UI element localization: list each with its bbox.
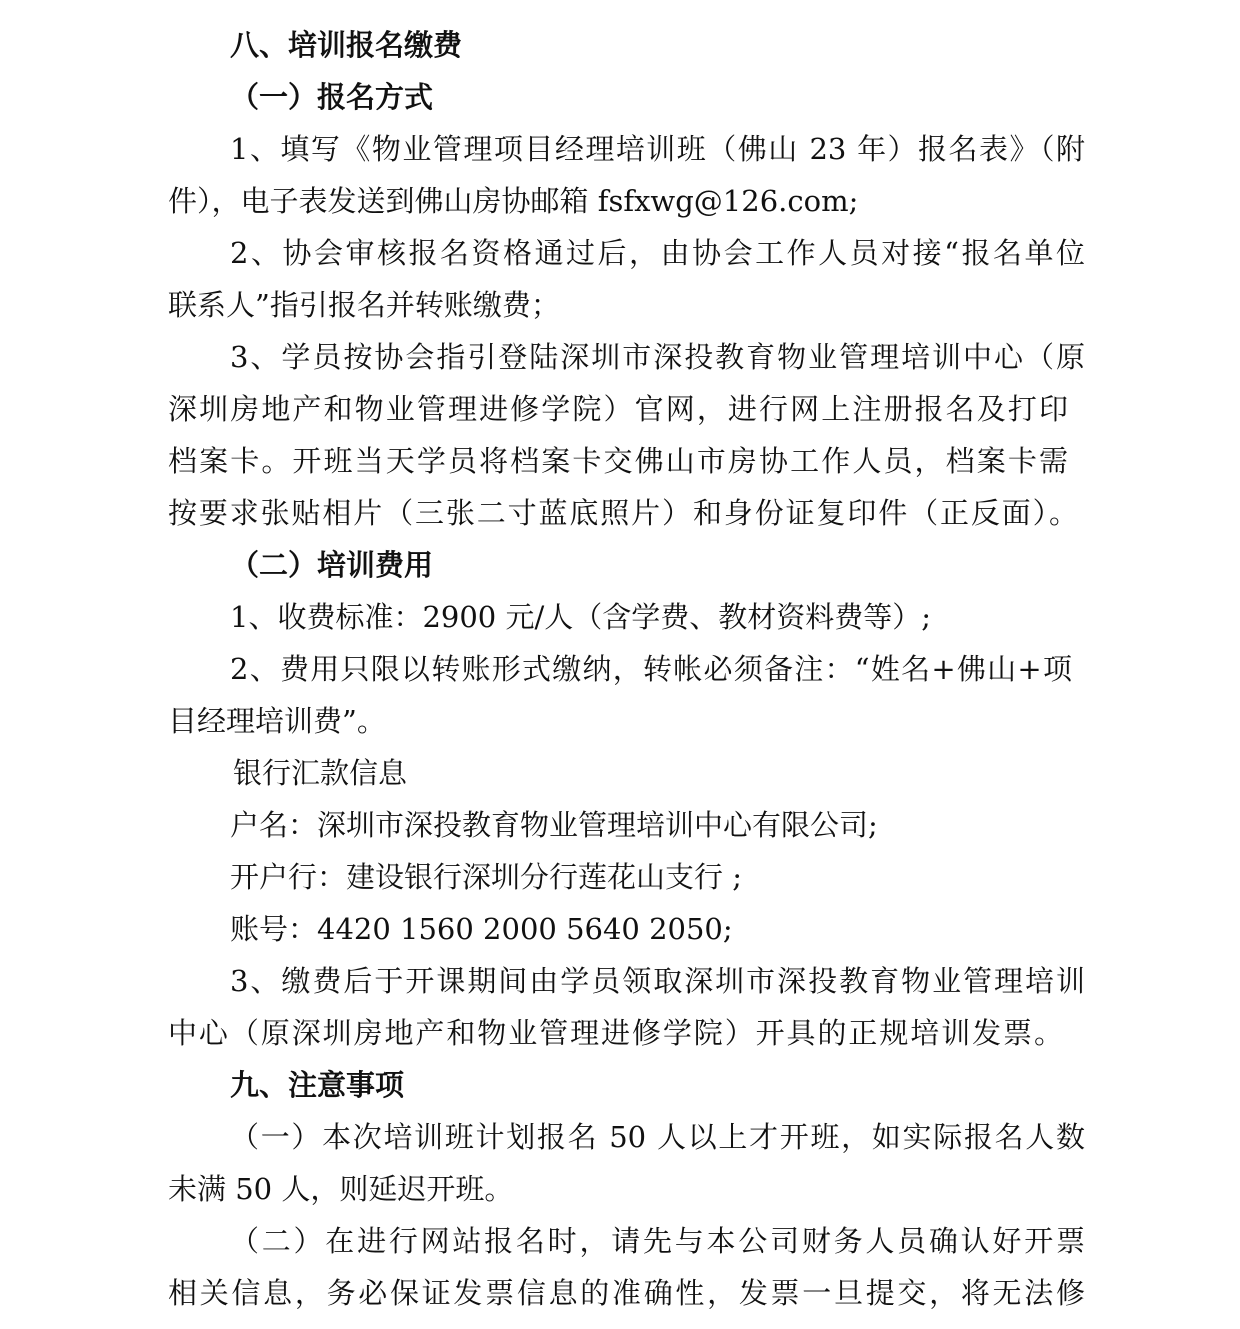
subheading-training-fees: （二）培训费用 (230, 545, 433, 585)
paragraph-line: 深圳房地产和物业管理进修学院）官网，进行网上注册报名及打印 (168, 389, 1068, 429)
paragraph-line: 2、协会审核报名资格通过后，由协会工作人员对接“报名单位 (230, 233, 1085, 273)
document-page: 八、培训报名缴费 （一）报名方式 1、填写《物业管理项目经理培训班（佛山 23 … (0, 0, 1240, 1329)
paragraph-line: 档案卡。开班当天学员将档案卡交佛山市房协工作人员，档案卡需 (168, 441, 1068, 481)
paragraph-line: 中心（原深圳房地产和物业管理进修学院）开具的正规培训发票。 (168, 1013, 1063, 1053)
paragraph-line: 相关信息，务必保证发票信息的准确性，发票一旦提交，将无法修 (168, 1273, 1085, 1313)
paragraph-line: （二）在进行网站报名时，请先与本公司财务人员确认好开票 (230, 1221, 1085, 1261)
subheading-registration-method: （一）报名方式 (230, 77, 433, 117)
section-heading-notes: 九、注意事项 (230, 1065, 404, 1105)
bank-info-label: 银行汇款信息 (233, 753, 407, 793)
paragraph-line-email: 件），电子表发送到佛山房协邮箱 fsfxwg@126.com; (168, 181, 858, 221)
paragraph-line: 联系人”指引报名并转账缴费； (168, 285, 560, 325)
paragraph-line: 未满 50 人，则延迟开班。 (168, 1169, 513, 1209)
paragraph-line-fee-standard: 1、收费标准：2900 元/人（含学费、教材资料费等）; (230, 597, 931, 637)
paragraph-line: 1、填写《物业管理项目经理培训班（佛山 23 年）报名表》（附 (230, 129, 1085, 169)
bank-branch: 开户行：建设银行深圳分行莲花山支行 ; (230, 857, 742, 897)
paragraph-line: 目经理培训费”。 (168, 701, 386, 741)
bank-account-name: 户名：深圳市深投教育物业管理培训中心有限公司; (230, 805, 878, 845)
section-heading-registration-fees: 八、培训报名缴费 (230, 25, 462, 65)
paragraph-line: （一）本次培训班计划报名 50 人以上才开班，如实际报名人数 (230, 1117, 1085, 1157)
paragraph-line: 3、缴费后于开课期间由学员领取深圳市深投教育物业管理培训 (230, 961, 1085, 1001)
paragraph-line: 2、费用只限以转账形式缴纳，转帐必须备注：“姓名+佛山+项 (230, 649, 1072, 689)
paragraph-line: 3、学员按协会指引登陆深圳市深投教育物业管理培训中心（原 (230, 337, 1085, 377)
bank-account-number: 账号：4420 1560 2000 5640 2050; (230, 909, 733, 949)
paragraph-line: 按要求张贴相片（三张二寸蓝底照片）和身份证复印件（正反面）。 (168, 493, 1078, 533)
